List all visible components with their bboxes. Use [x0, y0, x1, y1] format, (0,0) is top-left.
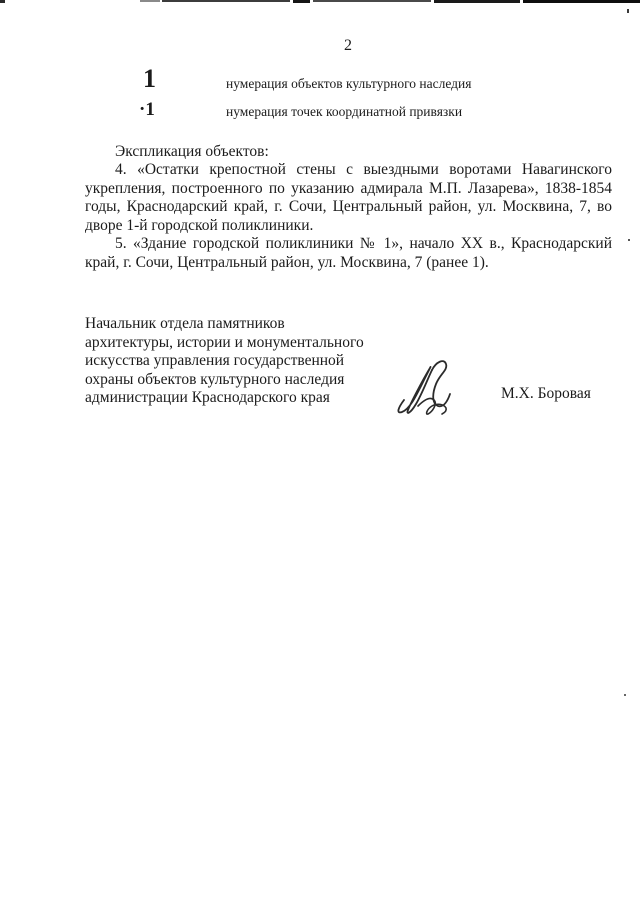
scan-artifact: [293, 0, 310, 3]
document-page: 2 1 нумерация объектов культурного насле…: [0, 0, 640, 905]
heritage-object-number-symbol: 1: [143, 64, 156, 94]
explication-heading: Экспликация объектов:: [85, 143, 612, 161]
text-line: дворе 1-й городской поликлиники.: [85, 217, 612, 236]
scan-artifact: [313, 0, 431, 2]
scan-artifact: [162, 0, 290, 2]
explication-item-4: 4. «Остатки крепостной стены с выездными…: [85, 161, 612, 235]
scan-artifact: [628, 239, 630, 241]
scan-artifact: [0, 0, 5, 3]
explication-body: 4. «Остатки крепостной стены с выездными…: [85, 161, 612, 273]
scan-artifact: [140, 0, 160, 2]
legend-label: нумерация объектов культурного наследия: [226, 76, 471, 92]
text-line: 4. «Остатки крепостной стены с выездными…: [85, 161, 612, 180]
signoff-title: Начальник отдела памятниковархитектуры, …: [85, 315, 375, 408]
text-line: Начальник отдела памятников: [85, 315, 375, 334]
page-number: 2: [0, 37, 640, 55]
text-line: архитектуры, истории и монументального: [85, 334, 375, 353]
text-line: администрации Краснодарского края: [85, 389, 375, 408]
text-line: годы, Краснодарский край, г. Сочи, Центр…: [85, 198, 612, 217]
coordinate-point-number-symbol: ·1: [139, 99, 155, 121]
handwritten-signature-icon: [394, 356, 464, 418]
text-line: 5. «Здание городской поликлиники № 1», н…: [85, 235, 612, 254]
signoff-name: М.Х. Боровая: [501, 385, 591, 403]
explication-item-5: 5. «Здание городской поликлиники № 1», н…: [85, 235, 612, 272]
text-line: искусства управления государственной: [85, 352, 375, 371]
scan-artifact: [627, 9, 629, 13]
scan-artifact: [434, 0, 520, 3]
scan-artifact: [523, 0, 640, 3]
scan-artifact: [624, 694, 626, 696]
text-line: край, г. Сочи, Центральный район, ул. Мо…: [85, 254, 612, 273]
text-line: охраны объектов культурного наследия: [85, 371, 375, 390]
legend-label: нумерация точек координатной привязки: [226, 104, 462, 120]
text-line: укрепления, построенного по указанию адм…: [85, 180, 612, 199]
